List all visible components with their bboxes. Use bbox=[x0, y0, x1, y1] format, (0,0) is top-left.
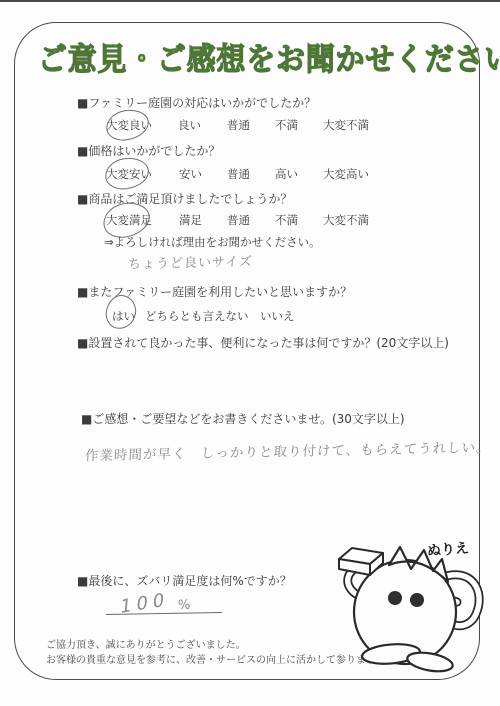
q3-handwritten-answer: ちょうど良いサイズ bbox=[128, 251, 254, 273]
q4-option-no: いいえ bbox=[260, 308, 295, 324]
mascot-caption: ぬりえ bbox=[426, 538, 469, 561]
q3-option-normal: 普通 bbox=[227, 212, 250, 228]
scan-edge-artifact bbox=[0, 0, 500, 2]
question-7-label: ■最後に、ズバリ満足度は何%ですか？ bbox=[77, 572, 292, 589]
q3-followup-prompt: ⇒よろしければ理由をお聞かせください。 bbox=[104, 234, 321, 250]
q2-option-cheap: 安い bbox=[179, 166, 202, 182]
footer-thanks: ご協力頂き、誠にありがとうございました。 bbox=[46, 636, 246, 651]
q3-option-satisfied: 満足 bbox=[179, 212, 202, 228]
q7-percent-sign: % bbox=[177, 598, 190, 614]
q1-option-dissatisfied: 不満 bbox=[275, 117, 298, 133]
q2-option-very-expensive: 大変高い bbox=[323, 166, 369, 182]
question-2-label: ■価格はいかがでしたか？ bbox=[77, 142, 220, 159]
q1-option-normal: 普通 bbox=[227, 117, 250, 133]
q4-option-neither: どちらとも言えない bbox=[145, 308, 249, 324]
question-5-label: ■設置されて良かった事、便利になった事は何ですか？(20文字以上) bbox=[77, 334, 449, 351]
q1-option-very-dissatisfied: 大変不満 bbox=[323, 117, 369, 133]
q3-option-dissatisfied: 不満 bbox=[275, 212, 298, 228]
q2-option-normal: 普通 bbox=[227, 166, 250, 182]
q3-option-very-dissatisfied: 大変不満 bbox=[323, 212, 369, 228]
question-1-label: ■ファミリー庭園の対応はいかがでしたか？ bbox=[77, 94, 316, 111]
survey-scan-page: ご意見・ご感想をお聞かせください ■ファミリー庭園の対応はいかがでしたか？ 大変… bbox=[0, 0, 500, 706]
question-6-label: ■ご感想・ご要望などをお書きくださいませ。(30文字以上) bbox=[81, 410, 405, 427]
q1-option-good: 良い bbox=[178, 117, 201, 133]
q2-option-expensive: 高い bbox=[275, 166, 298, 182]
page-title: ご意見・ご感想をお聞かせください bbox=[38, 34, 466, 79]
question-3-label: ■商品はご満足頂けましたでしょうか？ bbox=[77, 190, 292, 207]
